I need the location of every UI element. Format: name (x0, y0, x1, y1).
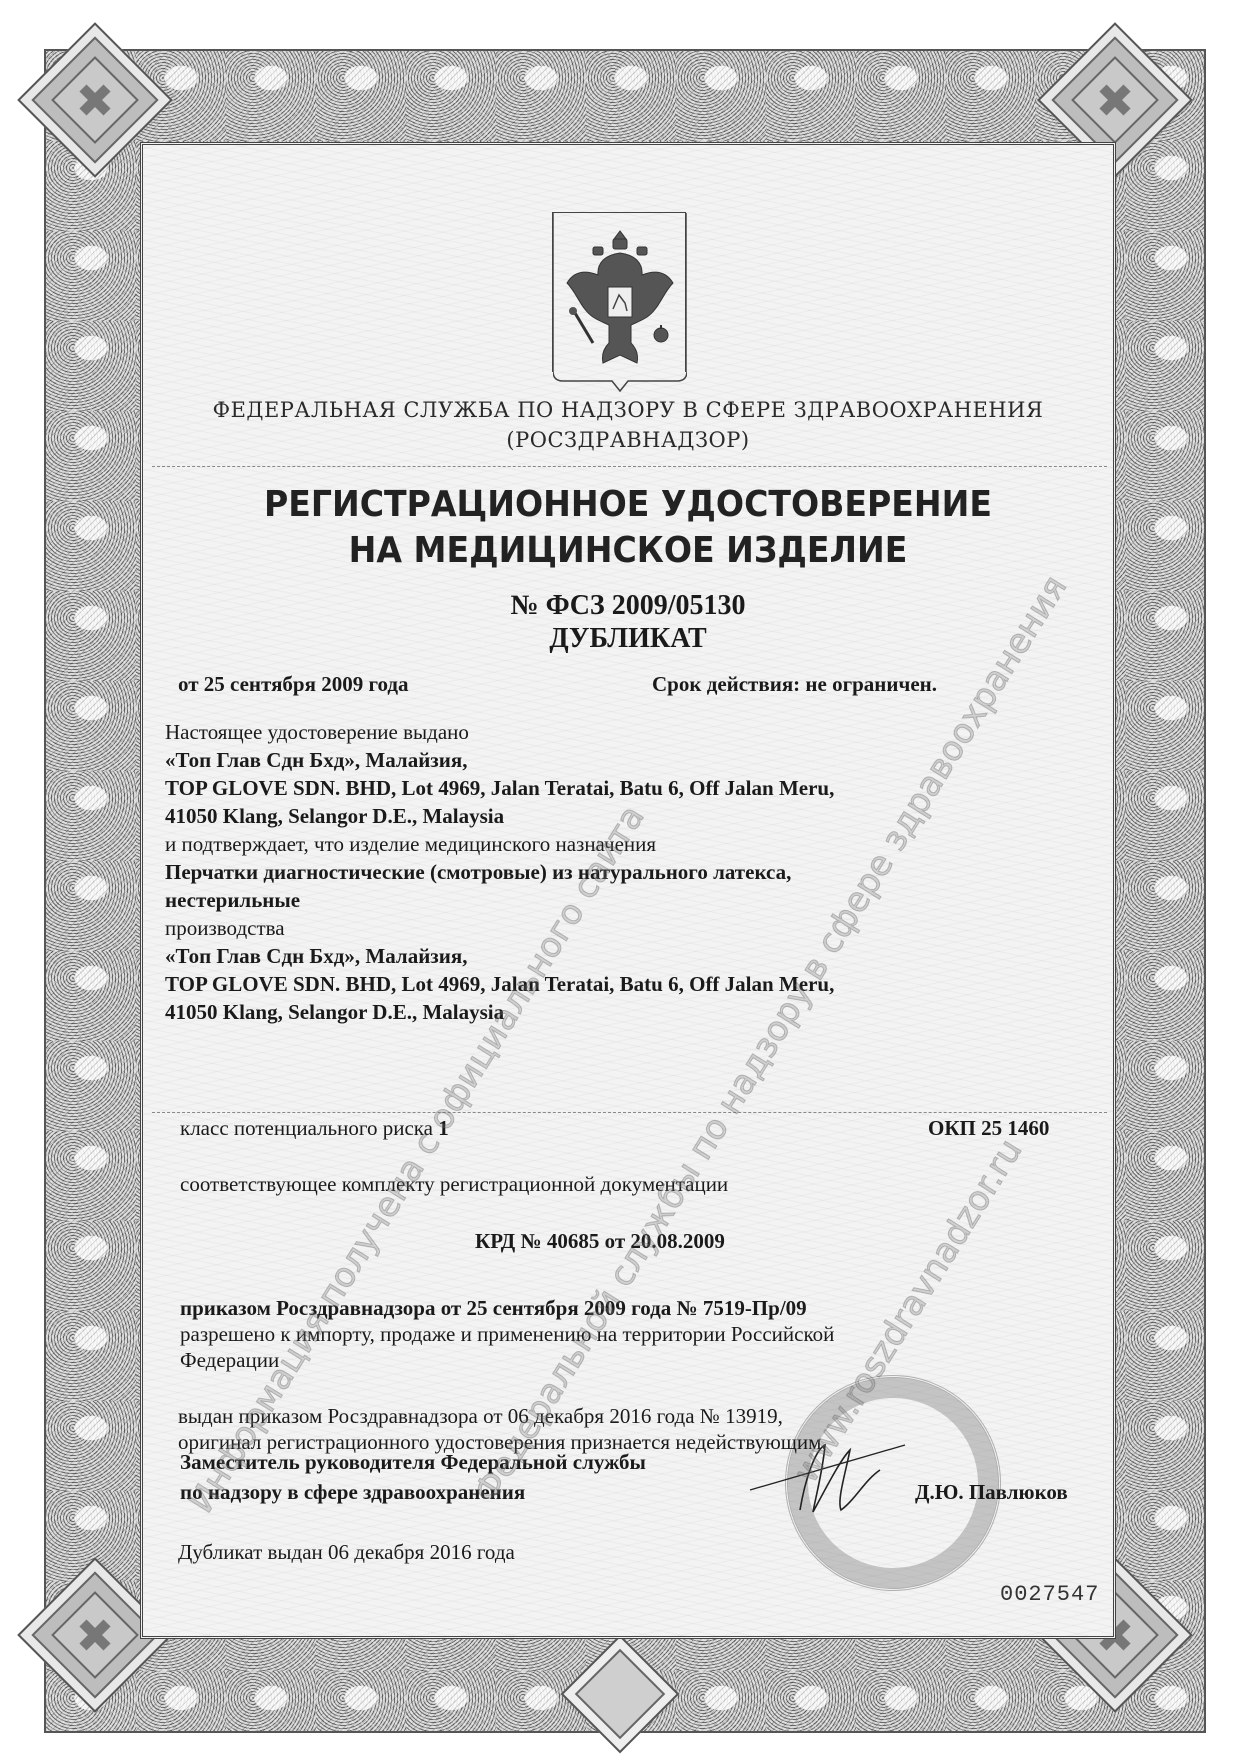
certificate-date: от 25 сентября 2009 года (178, 672, 409, 697)
signatory-title-line1: Заместитель руководителя Федеральной слу… (180, 1450, 646, 1475)
document-title-line1: РЕГИСТРАЦИОННОЕ УДОСТОВЕРЕНИЕ (179, 484, 1077, 525)
validity-period: Срок действия: не ограничен. (652, 672, 937, 697)
certificate-type: ДУБЛИКАТ (140, 623, 1116, 655)
manufacturer-label: производства (165, 916, 285, 941)
holder-address-line1: TOP GLOVE SDN. BHD, Lot 4969, Jalan Tera… (165, 776, 834, 801)
registration-order: приказом Росздравнадзора от 25 сентября … (180, 1296, 807, 1321)
issued-to-label: Настоящее удостоверение выдано (165, 720, 469, 745)
agency-short-name: (РОСЗДРАВНАДЗОР) (140, 428, 1116, 452)
serial-number: 0027547 (1000, 1582, 1099, 1607)
krd-number: КРД № 40685 от 20.08.2009 (475, 1229, 725, 1254)
holder-address-line2: 41050 Klang, Selangor D.E., Malaysia (165, 804, 504, 829)
okp-code: ОКП 25 1460 (928, 1116, 1049, 1141)
signatory-name: Д.Ю. Павлюков (915, 1480, 1068, 1505)
risk-class-label: класс потенциального риска (180, 1116, 433, 1140)
certificate-number: № ФСЗ 2009/05130 (140, 590, 1116, 622)
divider (152, 1112, 1107, 1113)
holder-name: «Топ Глав Сдн Бхд», Малайзия, (165, 748, 467, 773)
manufacturer-address-line1: TOP GLOVE SDN. BHD, Lot 4969, Jalan Tera… (165, 972, 834, 997)
duplicate-issued-date: Дубликат выдан 06 декабря 2016 года (178, 1540, 515, 1565)
risk-class-value: 1 (438, 1116, 449, 1140)
divider (152, 466, 1107, 467)
duplicate-order: выдан приказом Росздравнадзора от 06 дек… (178, 1404, 783, 1429)
risk-class: класс потенциального риска 1 (180, 1116, 449, 1141)
product-name-line2: нестерильные (165, 888, 300, 913)
document-title-line2: НА МЕДИЦИНСКОЕ ИЗДЕЛИЕ (179, 530, 1077, 571)
confirms-label: и подтверждает, что изделие медицинского… (165, 832, 656, 857)
permission-line2: Федерации (180, 1348, 279, 1373)
manufacturer-address-line2: 41050 Klang, Selangor D.E., Malaysia (165, 1000, 504, 1025)
signatory-title-line2: по надзору в сфере здравоохранения (180, 1480, 525, 1505)
permission-line1: разрешено к импорту, продаже и применени… (180, 1322, 834, 1347)
conformity-label: соответствующее комплекту регистрационно… (180, 1172, 728, 1197)
russian-coat-of-arms-icon (552, 212, 686, 372)
product-name-line1: Перчатки диагностические (смотровые) из … (165, 860, 791, 885)
agency-name: ФЕДЕРАЛЬНАЯ СЛУЖБА ПО НАДЗОРУ В СФЕРЕ ЗД… (140, 398, 1116, 422)
manufacturer-name: «Топ Глав Сдн Бхд», Малайзия, (165, 944, 467, 969)
signature-icon (745, 1430, 915, 1520)
